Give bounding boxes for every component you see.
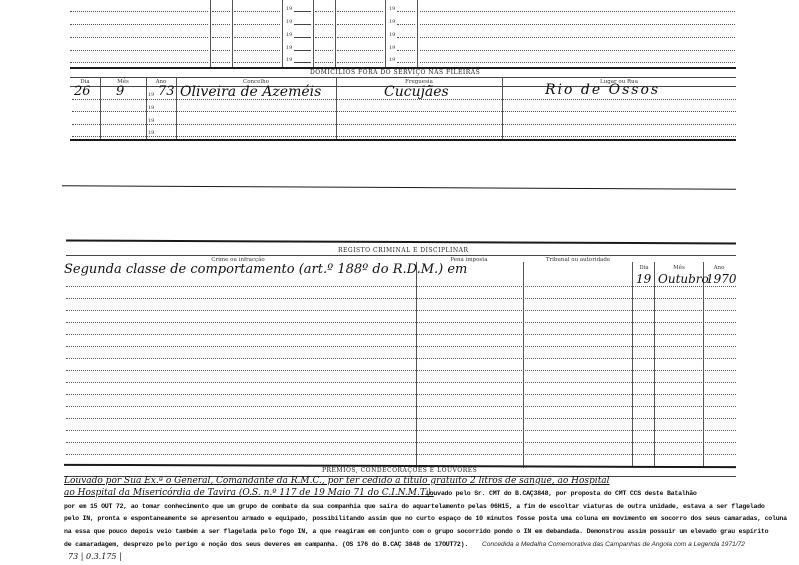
ano-value: 1970 (706, 272, 737, 286)
freguesia-value: Cucujães (384, 84, 449, 100)
section-title: REGISTO CRIMINAL E DISCIPLINAR (338, 247, 469, 254)
year-prefix: 19 (286, 32, 292, 38)
column-header-ano: Ano (703, 265, 735, 271)
typed-praise-line: pelo IN, pronta e espontaneamente se apr… (64, 515, 787, 522)
column-divider (313, 0, 314, 67)
column-header-tribunal: Tribunal ou autoridade (524, 257, 632, 263)
column-divider (417, 0, 418, 67)
year-prefix: 19 (389, 6, 395, 12)
column-divider (385, 0, 386, 67)
year-prefix: 19 (389, 32, 395, 38)
section-title: DOMICILIOS FORA DO SERVIÇO NAS FILEIRAS (310, 69, 480, 76)
dia-value: 19 (636, 272, 651, 286)
year-prefix: 19 (389, 45, 395, 51)
column-divider (232, 0, 233, 67)
typed-praise-inline: Louvado pelo Sr. CMT do B.CAÇ3848, por p… (426, 490, 697, 497)
column-divider (282, 0, 283, 67)
medal-note: Concedida a Medalha Comemorativa das Cam… (482, 541, 745, 548)
year-prefix: 19 (286, 6, 292, 12)
ano-value: 73 (158, 84, 175, 99)
column-divider (210, 0, 211, 67)
typed-praise-line: na essa que pouco depois veio também a s… (64, 528, 768, 535)
section-divider (62, 185, 736, 190)
handwritten-praise-2: ao Hospital da Misericórdia de Tavira (O… (64, 488, 434, 498)
mes-value: 9 (116, 84, 124, 99)
mes-value: Outubro (658, 272, 709, 286)
year-prefix: 19 (389, 57, 395, 63)
dia-value: 26 (74, 84, 91, 99)
lugar-value: Rio de Ossos (545, 82, 660, 98)
typed-praise-line: de camaradagem, desprezo pelo perigo e n… (64, 541, 468, 548)
year-prefix: 19 (286, 45, 292, 51)
handwritten-praise-1: Louvado por Sua Ex.ª o General, Comandan… (64, 476, 610, 486)
column-header-dia: Dia (633, 265, 655, 271)
year-prefix: 19 (286, 57, 292, 63)
footer-reference: 73 | 0.3.175 | (68, 552, 122, 561)
section-title: PREMIOS, CONDECORAÇÕES E LOUVORES (322, 467, 477, 474)
concelho-value: Oliveira de Azeméis (180, 84, 321, 100)
year-prefix: 19 (286, 19, 292, 25)
column-header-mes: Mês (655, 265, 703, 271)
year-prefix: 19 (389, 19, 395, 25)
typed-praise-line: por em 15 OUT 72, ao tomar conhecimento … (64, 503, 765, 510)
crime-value: Segunda classe de comportamento (art.º 1… (64, 262, 467, 277)
column-divider (335, 0, 336, 67)
